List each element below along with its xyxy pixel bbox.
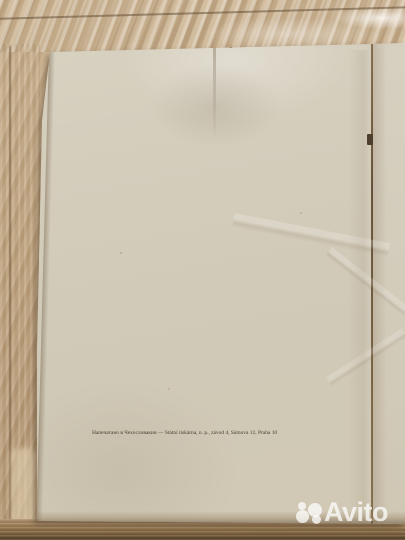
avito-logo-dot — [298, 502, 306, 510]
avito-logo-dot — [312, 515, 321, 524]
avito-logo-icon — [296, 499, 324, 527]
paper-speck — [168, 388, 170, 390]
book-page: Напечатано в Чехословакии — Státní tiská… — [0, 0, 405, 540]
paper-speck — [300, 212, 302, 214]
avito-watermark-text: Avito — [324, 497, 388, 528]
book-photo: Напечатано в Чехословакии — Státní tiská… — [0, 0, 405, 540]
edge-tear-mark — [367, 134, 373, 145]
page-surface: Напечатано в Чехословакии — Státní tiská… — [0, 0, 405, 540]
vertical-fold-crease — [213, 45, 216, 145]
paper-speck — [229, 45, 233, 48]
avito-logo-dot — [296, 510, 309, 523]
printer-imprint-text: Напечатано в Чехословакии — Státní tiská… — [92, 429, 331, 436]
page-left-edge-shading — [36, 50, 56, 525]
avito-watermark: Avito — [296, 499, 404, 537]
right-edge-crease-shading — [348, 50, 370, 520]
page-top-edge-shading — [48, 35, 374, 48]
paper-speck — [120, 252, 122, 254]
